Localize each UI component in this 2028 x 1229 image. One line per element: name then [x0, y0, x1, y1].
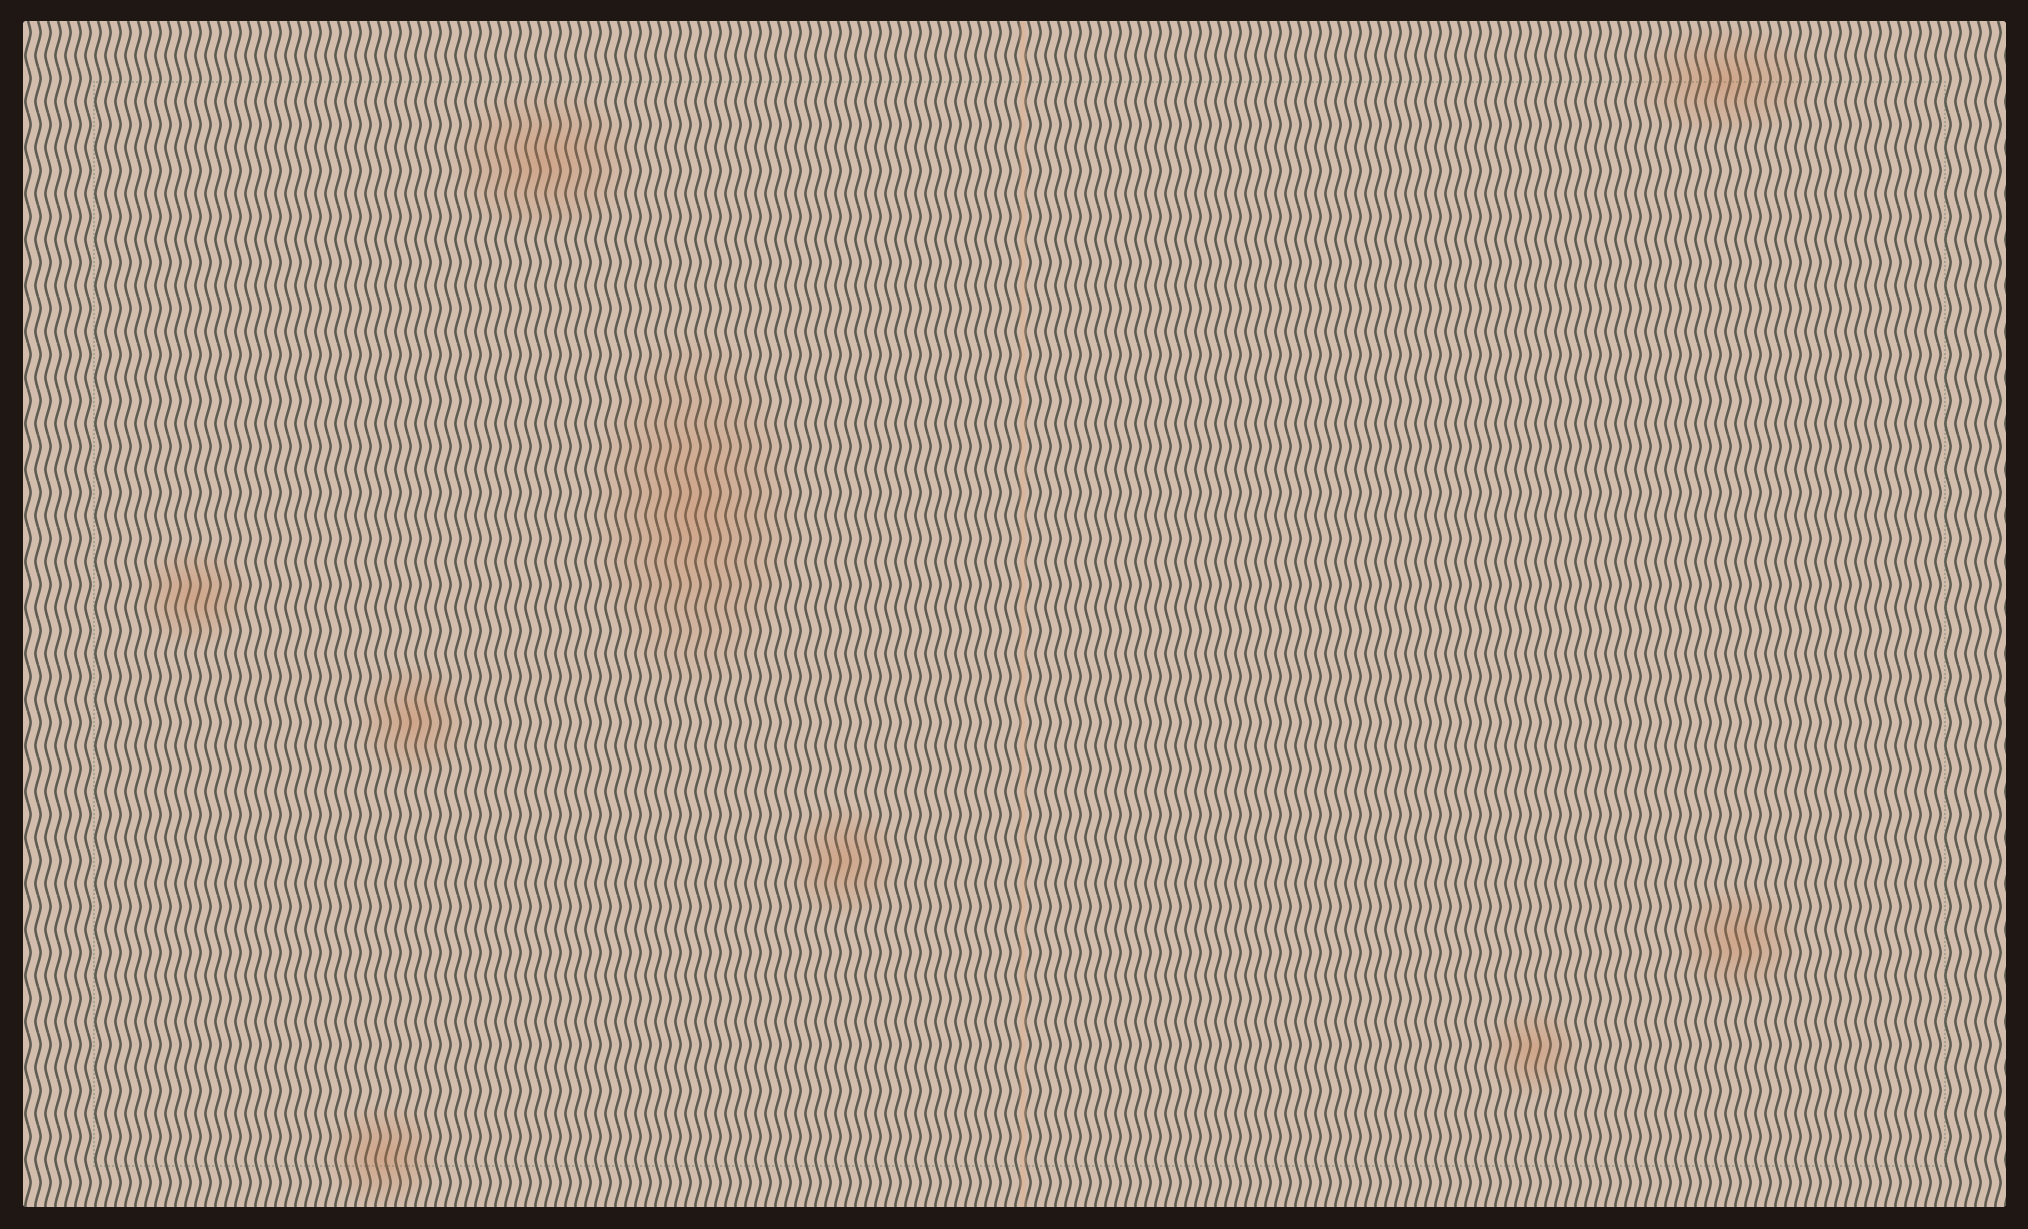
stain	[353, 661, 473, 781]
stain	[783, 801, 903, 921]
stain	[583, 321, 803, 701]
stain	[1483, 1001, 1583, 1101]
stain	[323, 1101, 443, 1207]
banknote	[23, 21, 2006, 1207]
stain	[1673, 881, 1803, 1001]
stain	[1623, 21, 1823, 141]
center-fold	[1018, 21, 1028, 1207]
stain	[443, 81, 643, 241]
stain	[133, 541, 253, 651]
